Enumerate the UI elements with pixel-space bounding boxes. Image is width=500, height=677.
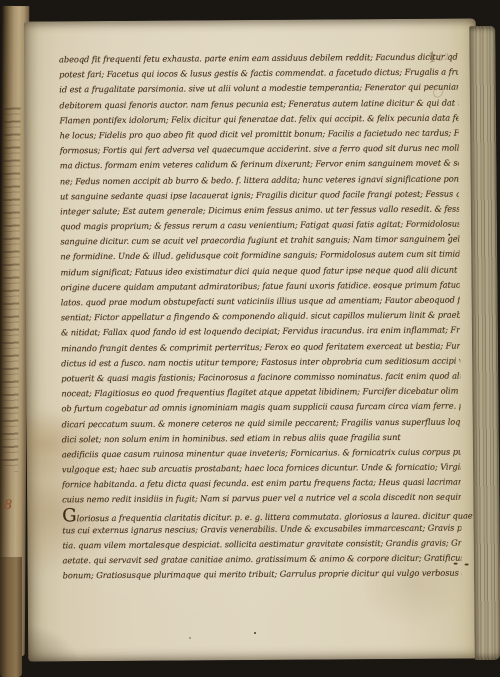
manuscript-photo: abeoqd fit frequenti fetu exhausta. part… (0, 0, 500, 677)
quire-mark: 8 (4, 498, 12, 513)
facing-page-text-scraps (1, 102, 21, 472)
ink-speck (189, 637, 191, 638)
manuscript-text-line: dicari peccatum suum. & monere ceteros n… (62, 414, 461, 432)
manuscript-text-block: abeoqd fit frequenti fetu exhausta. part… (59, 50, 462, 584)
ink-speck (254, 632, 256, 634)
ink-speck (448, 234, 450, 236)
manuscript-page: abeoqd fit frequenti fetu exhausta. part… (24, 18, 480, 661)
ink-speck (465, 563, 469, 565)
ink-speck (454, 563, 458, 565)
book-fore-edge (469, 26, 500, 660)
book-binding (0, 557, 22, 677)
manuscript-text-line: bonum; Gratiosusque plurimaque qui merit… (63, 566, 462, 584)
